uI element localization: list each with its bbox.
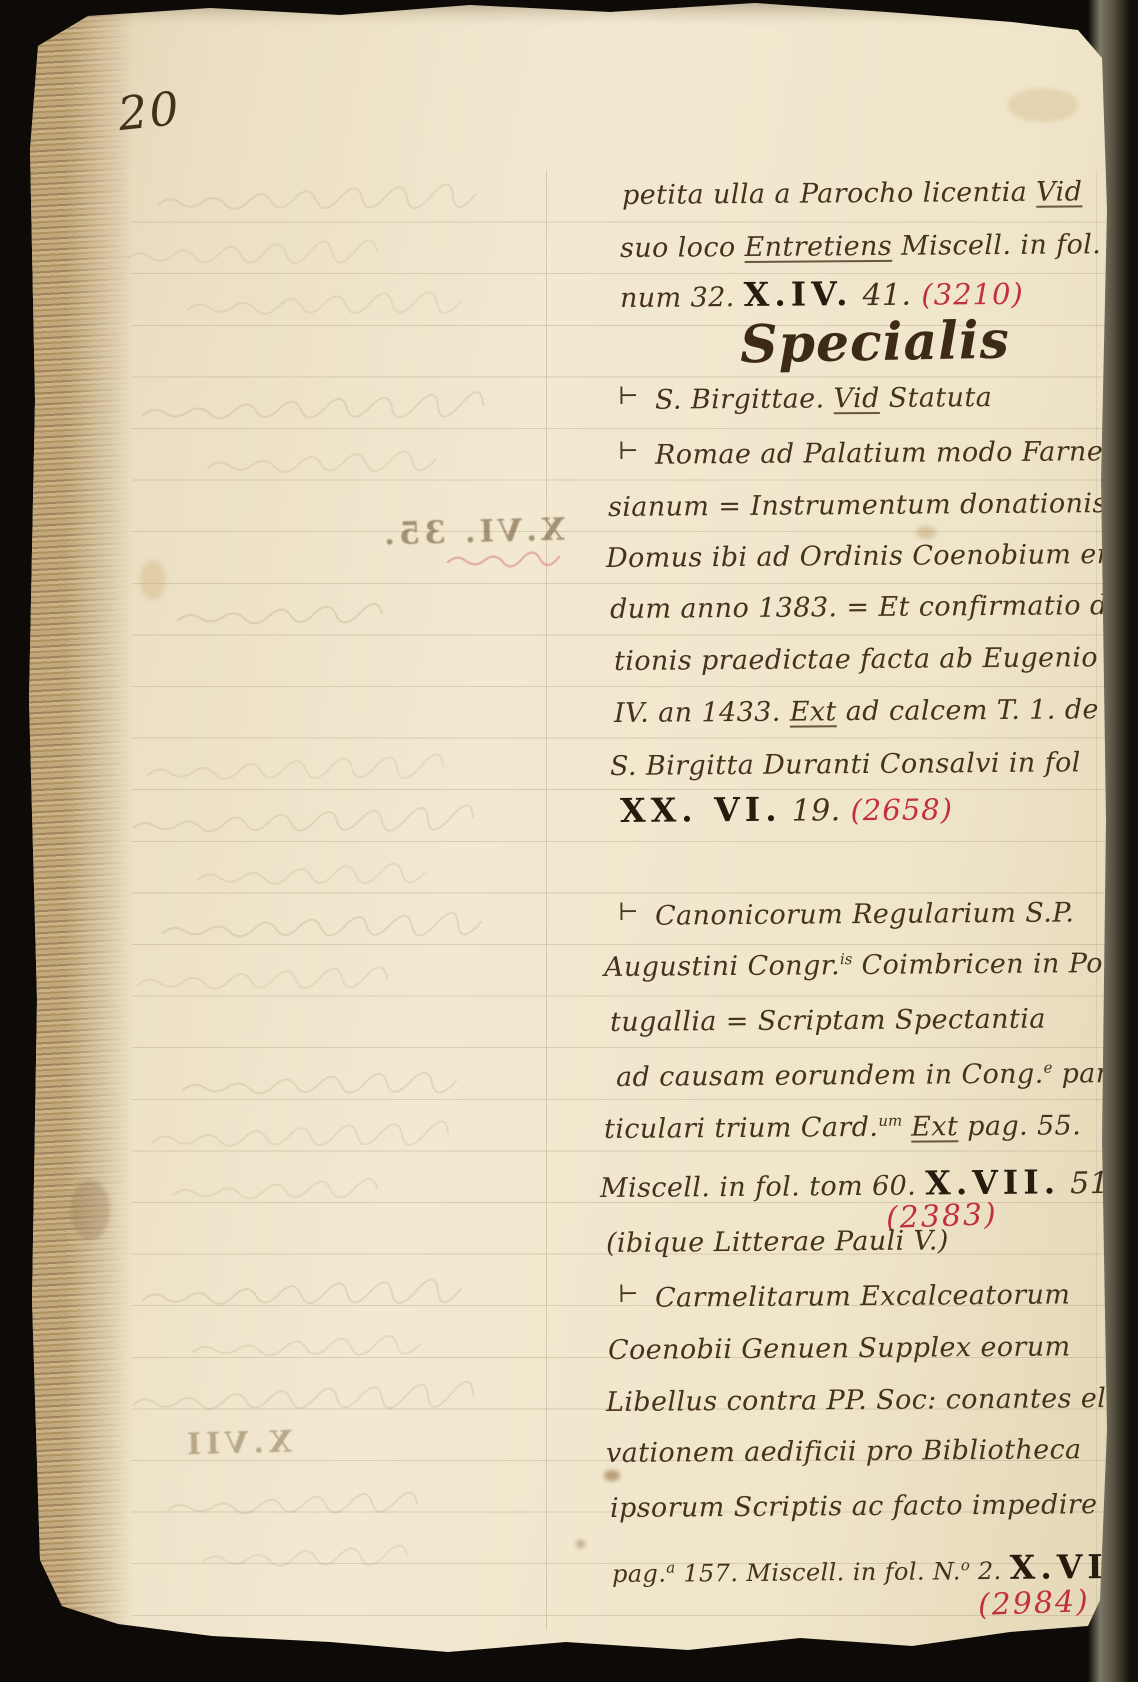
manuscript-line: ⊢Canonicorum Regularium S.P.: [618, 897, 1075, 932]
line-text: Miscell. in fol.: [892, 229, 1101, 262]
red-register-number: (2984): [977, 1584, 1090, 1623]
manuscript-line: pag.a 157. Miscell. in fol. N.o 2. X.VI.…: [612, 1547, 1138, 1590]
line-text: S. Birgitta Duranti Consalvi in fol: [610, 747, 1081, 782]
line-text: IV. an 1433.: [614, 697, 790, 729]
line-text: Augustini Congr.: [604, 950, 840, 983]
manuscript-line: Coenobii Genuen Supplex eorum: [608, 1331, 1071, 1366]
underlined-word: Ext: [911, 1111, 958, 1142]
red-register-number: (2658): [850, 792, 953, 827]
line-text: ipsorum Scriptis ac facto impedire: [610, 1489, 1107, 1524]
text-column: petita ulla a Parocho licentia Vid suo l…: [600, 0, 1078, 1682]
manuscript-line: suo loco Entretiens Miscell. in fol.: [620, 229, 1101, 264]
line-text: Statuta: [880, 382, 993, 414]
manuscript-line: XX. VI. 19. (2658): [620, 788, 953, 830]
manuscript-line: (ibique Litterae Pauli V.): [606, 1225, 949, 1259]
line-text: 157. Miscell. in fol. N.: [675, 1557, 961, 1587]
superscript-abbreviation: is: [840, 950, 853, 968]
superscript-abbreviation: um: [878, 1112, 902, 1130]
section-heading: Specialis: [739, 310, 1010, 376]
manuscript-line: tionis praedictae facta ab Eugenio: [614, 642, 1098, 677]
manuscript-line: vationem aedificii pro Bibliotheca: [606, 1434, 1082, 1469]
superscript-abbreviation: e: [1044, 1059, 1053, 1077]
manuscript-line: sianum = Instrumentum donationis: [608, 488, 1107, 523]
paragraph-marker-icon: ⊢: [618, 1280, 639, 1308]
manuscript-line: S. Birgitta Duranti Consalvi in fol: [610, 747, 1081, 782]
superscript-abbreviation: o: [961, 1556, 970, 1574]
line-text: Romae ad Palatium modo Farne: [655, 436, 1103, 471]
line-text: vationem aedificii pro Bibliotheca: [606, 1434, 1082, 1469]
manuscript-line: ⊢Romae ad Palatium modo Farne=: [618, 436, 1124, 471]
line-text: num 32.: [620, 282, 744, 314]
line-text: pag.: [612, 1560, 666, 1588]
line-text: ticulari trium Card.: [604, 1112, 879, 1145]
line-text: suo loco: [620, 232, 745, 264]
paragraph-marker-icon: ⊢: [618, 898, 639, 926]
showthrough-roman-numeral: X.VII: [182, 1425, 293, 1463]
foxing-spot: [70, 1180, 110, 1240]
bold-roman-ref: XX. VI.: [620, 790, 782, 830]
manuscript-line: Miscell. in fol. tom 60. X.VII. 51.: [600, 1162, 1119, 1205]
line-text: 41.: [852, 278, 921, 314]
red-register-number: (3210): [921, 277, 1024, 312]
manuscript-line: Augustini Congr.is Coimbricen in Por=: [604, 948, 1137, 983]
line-text: ad calcem T. 1. de: [837, 694, 1099, 727]
underlined-word: Entretiens: [744, 231, 892, 263]
line-text: Coimbricen in Por: [852, 948, 1116, 981]
line-text: Miscell. in fol. tom 60.: [600, 1170, 925, 1204]
line-text: pag. 55.: [958, 1110, 1081, 1142]
manuscript-line: IV. an 1433. Ext ad calcem T. 1. de: [614, 694, 1099, 729]
manuscript-line: tugallia = Scriptam Spectantia: [610, 1004, 1046, 1038]
line-text: petita ulla a Parocho licentia: [622, 177, 1036, 211]
line-text: Coenobii Genuen Supplex eorum: [608, 1331, 1071, 1366]
line-text: Domus ibi ad Ordinis Coenobium erigen: [606, 539, 1138, 574]
underlined-word: Ext: [790, 696, 837, 727]
book-fore-edge: [0, 0, 132, 1682]
bleedthrough-ghost-text: [118, 150, 588, 1630]
manuscript-line: ⊢S. Birgittae. Vid Statuta: [618, 382, 992, 416]
line-text: tionis praedictae facta ab Eugenio: [614, 642, 1098, 677]
showthrough-roman-numeral: X.VI. 35.: [380, 512, 566, 553]
line-text: S. Birgittae.: [655, 383, 834, 415]
manuscript-line: Domus ibi ad Ordinis Coenobium erigen=: [606, 538, 1138, 574]
paragraph-marker-icon: ⊢: [618, 437, 639, 465]
line-text: tugallia = Scriptam Spectantia: [610, 1004, 1046, 1038]
manuscript-line: ad causam eorundem in Cong.e par=: [616, 1058, 1129, 1093]
line-text: 19.: [782, 793, 851, 829]
manuscript-line: ⊢Carmelitarum Excalceatorum: [618, 1279, 1071, 1314]
line-text: Libellus contra PP. Soc: conantes ele: [606, 1383, 1123, 1418]
manuscript-line: ticulari trium Card.um Ext pag. 55.: [604, 1110, 1081, 1145]
manuscript-line: ipsorum Scriptis ac facto impedire Ext.: [610, 1489, 1138, 1524]
manuscript-page: X.VI. 35. X.VII 20 petita ulla a Parocho…: [0, 0, 1138, 1682]
manuscript-line: dum anno 1383. = Et confirmatio dona=: [610, 590, 1138, 625]
folio-number: 20: [115, 81, 183, 141]
manuscript-scan: X.VI. 35. X.VII 20 petita ulla a Parocho…: [0, 0, 1138, 1682]
line-text: par: [1052, 1058, 1109, 1089]
superscript-abbreviation: a: [666, 1559, 675, 1577]
line-text: Canonicorum Regularium S.P.: [655, 897, 1075, 931]
line-text: dum anno 1383. = Et confirmatio dona: [610, 590, 1138, 625]
line-text: Carmelitarum Excalceatorum: [655, 1279, 1071, 1313]
line-text: 2.: [970, 1557, 1010, 1585]
underlined-word: Vid: [833, 383, 879, 414]
paragraph-marker-icon: ⊢: [618, 382, 639, 410]
line-text: ad causam eorundem in Cong.: [616, 1059, 1044, 1093]
line-text: sianum = Instrumentum donationis: [608, 488, 1107, 523]
manuscript-line: num 32. X.IV. 41. (3210): [620, 273, 1024, 315]
underlined-word: Vid: [1036, 176, 1082, 207]
line-text: (ibique Litterae Pauli V.): [606, 1225, 949, 1259]
manuscript-line: petita ulla a Parocho licentia Vid: [622, 176, 1083, 211]
manuscript-line: Libellus contra PP. Soc: conantes ele=: [606, 1383, 1138, 1418]
bold-roman-ref: X.IV.: [744, 274, 853, 314]
